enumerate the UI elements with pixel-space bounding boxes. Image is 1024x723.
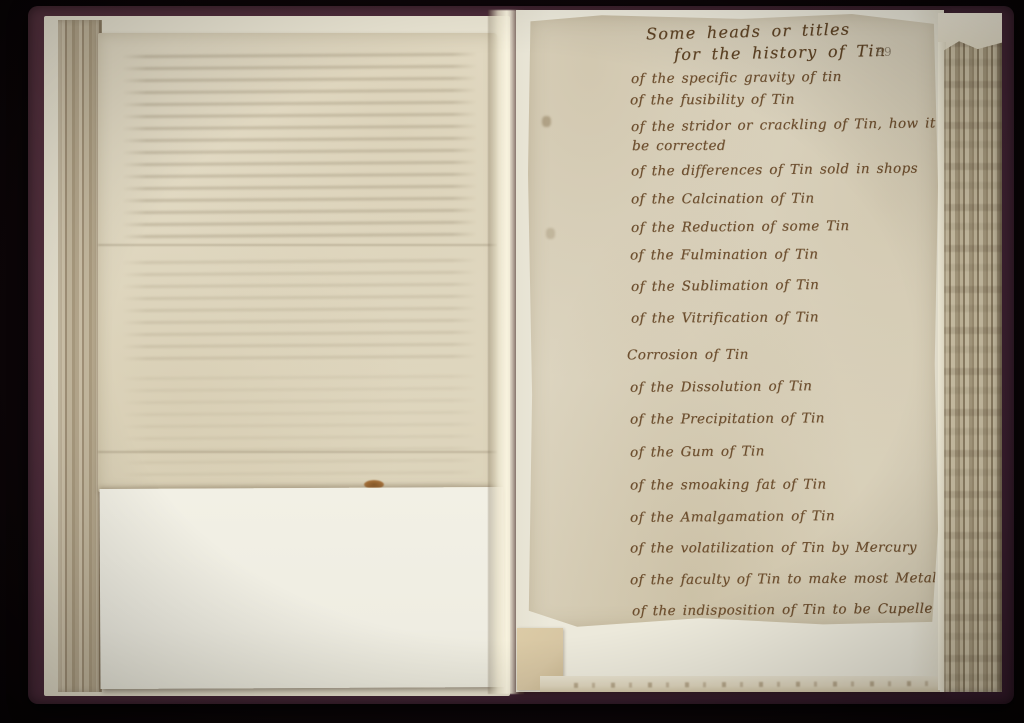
manuscript-entry: of the stridor or crackling of Tin, how … bbox=[631, 115, 972, 135]
manuscript-entry: of the specific gravity of tin bbox=[631, 69, 842, 87]
manuscript-entry: of the smoaking fat of Tin bbox=[630, 476, 827, 493]
page-stub-edges bbox=[58, 20, 102, 692]
right-manuscript-leaf: Some heads or titles for the history of … bbox=[528, 14, 938, 628]
manuscript-entry: of the Precipitation of Tin bbox=[630, 410, 825, 427]
left-page-leaf bbox=[98, 33, 497, 492]
manuscript-photo: Some heads or titles for the history of … bbox=[0, 0, 1024, 723]
manuscript-entry: of the Calcination of Tin bbox=[631, 191, 815, 208]
manuscript-entry: of the Fulmination of Tin bbox=[630, 247, 818, 264]
bleedthrough-text bbox=[122, 366, 477, 498]
manuscript-entry: of the volatilization of Tin by Mercury bbox=[630, 539, 917, 556]
white-insert-sheet bbox=[99, 487, 504, 689]
manuscript-entry: of the indisposition of Tin to be Cupell… bbox=[632, 601, 942, 620]
manuscript-entry: of the Dissolution of Tin bbox=[630, 378, 812, 396]
fore-edge-texture bbox=[944, 40, 1002, 692]
manuscript-heading-line1: Some heads or titles bbox=[646, 20, 851, 44]
manuscript-entry: of the differences of Tin sold in shops bbox=[631, 160, 918, 179]
manuscript-entry: of the Gum of Tin bbox=[630, 443, 765, 460]
bleedthrough-text bbox=[122, 44, 477, 246]
manuscript-entry: of the Amalgamation of Tin bbox=[630, 508, 835, 526]
bleedthrough-mark bbox=[542, 116, 551, 127]
manuscript-entry: of the fusibility of Tin bbox=[630, 92, 795, 109]
manuscript-entry: Corrosion of Tin bbox=[627, 347, 749, 364]
manuscript-entry: of the Sublimation of Tin bbox=[631, 277, 819, 295]
paper-crease bbox=[98, 244, 497, 246]
folio-number: 89 bbox=[876, 45, 892, 59]
fore-edge-pages bbox=[944, 40, 1002, 692]
bleedthrough-text bbox=[122, 250, 477, 362]
paper-crease bbox=[98, 451, 497, 453]
manuscript-entry: of the Reduction of some Tin bbox=[631, 218, 850, 236]
lower-leaf-sliver bbox=[540, 676, 940, 692]
manuscript-heading-line2: for the history of Tin bbox=[674, 41, 887, 64]
manuscript-entry: of the Vitrification of Tin bbox=[631, 309, 819, 326]
bleedthrough-text bbox=[558, 681, 930, 688]
manuscript-entry: be corrected bbox=[632, 138, 726, 154]
bleedthrough-mark bbox=[546, 228, 555, 239]
